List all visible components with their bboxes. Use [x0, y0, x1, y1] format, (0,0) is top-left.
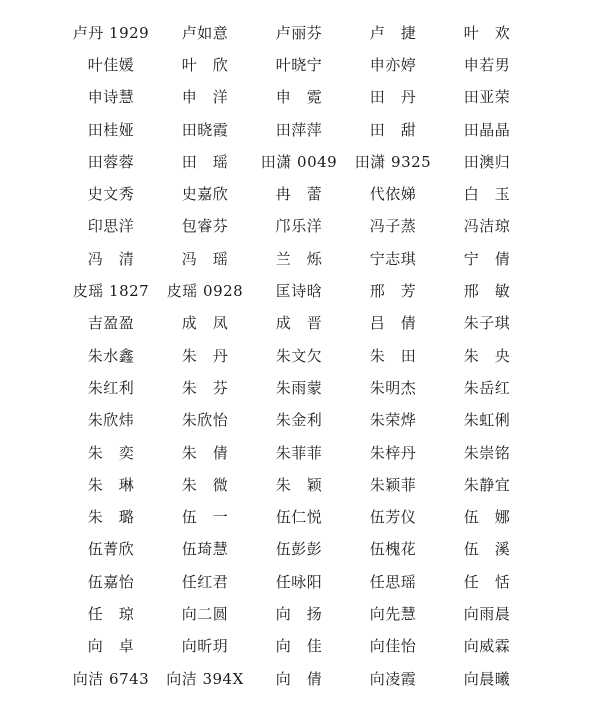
- name-cell: 成 凤: [158, 307, 252, 339]
- name-cell: 朱 奕: [64, 436, 158, 468]
- name-cell: 叶 欣: [158, 48, 252, 80]
- name-cell: 朱菲菲: [252, 436, 346, 468]
- name-cell: 申 霓: [252, 81, 346, 113]
- name-cell: 朱 倩: [158, 436, 252, 468]
- name-cell: 叶晓宁: [252, 48, 346, 80]
- name-cell: 卢丽芬: [252, 16, 346, 48]
- name-cell: 伍 一: [158, 500, 252, 532]
- name-cell: 田 甜: [346, 113, 440, 145]
- name-cell: 史嘉欣: [158, 177, 252, 209]
- name-cell: 伍仁悦: [252, 500, 346, 532]
- name-cell: 印思洋: [64, 210, 158, 242]
- name-cell: 申 洋: [158, 81, 252, 113]
- name-cell: 任红君: [158, 565, 252, 597]
- name-cell: 朱 田: [346, 339, 440, 371]
- name-cell: 向雨晨: [440, 597, 534, 629]
- name-cell: 吉盈盈: [64, 307, 158, 339]
- name-cell: 伍菁欣: [64, 533, 158, 565]
- name-cell: 卢丹 1929: [64, 16, 158, 48]
- name-cell: 叶 欢: [440, 16, 534, 48]
- name-cell: 向凌霞: [346, 662, 440, 694]
- name-cell: 卢如意: [158, 16, 252, 48]
- name-cell: 伍槐花: [346, 533, 440, 565]
- name-cell: 伍芳仪: [346, 500, 440, 532]
- name-cell: 朱欣怡: [158, 404, 252, 436]
- name-cell: 冯 瑶: [158, 242, 252, 274]
- name-cell: 朱子琪: [440, 307, 534, 339]
- name-cell: 朱 璐: [64, 500, 158, 532]
- name-cell: 向二圆: [158, 597, 252, 629]
- name-cell: 申亦婷: [346, 48, 440, 80]
- name-cell: 冉 蕾: [252, 177, 346, 209]
- name-cell: 伍嘉怡: [64, 565, 158, 597]
- name-cell: 朱颖菲: [346, 468, 440, 500]
- name-cell: 宁 倩: [440, 242, 534, 274]
- name-cell: 卢 捷: [346, 16, 440, 48]
- name-cell: 申若男: [440, 48, 534, 80]
- name-cell: 朱 微: [158, 468, 252, 500]
- name-cell: 向先慧: [346, 597, 440, 629]
- name-cell: 朱金利: [252, 404, 346, 436]
- name-cell: 兰 烁: [252, 242, 346, 274]
- name-cell: 朱岳红: [440, 371, 534, 403]
- name-cell: 朱 琳: [64, 468, 158, 500]
- name-cell: 朱 颖: [252, 468, 346, 500]
- name-cell: 宁志琪: [346, 242, 440, 274]
- name-cell: 皮瑶 1827: [64, 274, 158, 306]
- name-cell: 任思瑶: [346, 565, 440, 597]
- name-cell: 向 卓: [64, 630, 158, 662]
- name-cell: 朱静宜: [440, 468, 534, 500]
- name-cell: 白 玉: [440, 177, 534, 209]
- name-cell: 田萍萍: [252, 113, 346, 145]
- name-cell: 伍 溪: [440, 533, 534, 565]
- name-cell: 叶佳媛: [64, 48, 158, 80]
- name-cell: 向晨曦: [440, 662, 534, 694]
- name-cell: 田亚荣: [440, 81, 534, 113]
- name-cell: 冯 清: [64, 242, 158, 274]
- name-cell: 任 琼: [64, 597, 158, 629]
- name-cell: 皮瑶 0928: [158, 274, 252, 306]
- name-cell: 任咏阳: [252, 565, 346, 597]
- name-cell: 田潇 0049: [252, 145, 346, 177]
- name-cell: 向 扬: [252, 597, 346, 629]
- name-cell: 朱梓丹: [346, 436, 440, 468]
- name-cell: 冯子蒸: [346, 210, 440, 242]
- name-cell: 田 丹: [346, 81, 440, 113]
- name-list-table: 卢丹 1929卢如意卢丽芬卢 捷叶 欢叶佳媛叶 欣叶晓宁申亦婷申若男申诗慧申 洋…: [64, 16, 534, 694]
- name-cell: 伍彭彭: [252, 533, 346, 565]
- name-cell: 田桂娅: [64, 113, 158, 145]
- name-cell: 向佳怡: [346, 630, 440, 662]
- name-cell: 伍琦慧: [158, 533, 252, 565]
- name-cell: 邝乐洋: [252, 210, 346, 242]
- name-cell: 田晶晶: [440, 113, 534, 145]
- name-cell: 向昕玥: [158, 630, 252, 662]
- name-cell: 向威霖: [440, 630, 534, 662]
- name-cell: 朱明杰: [346, 371, 440, 403]
- name-cell: 向洁 394X: [158, 662, 252, 694]
- name-cell: 朱 芬: [158, 371, 252, 403]
- name-cell: 朱虹俐: [440, 404, 534, 436]
- name-cell: 冯洁琼: [440, 210, 534, 242]
- name-cell: 朱雨蒙: [252, 371, 346, 403]
- name-cell: 申诗慧: [64, 81, 158, 113]
- name-cell: 吕 倩: [346, 307, 440, 339]
- name-cell: 田澳归: [440, 145, 534, 177]
- name-cell: 包睿芬: [158, 210, 252, 242]
- name-cell: 朱 央: [440, 339, 534, 371]
- name-cell: 朱欣炜: [64, 404, 158, 436]
- name-cell: 史文秀: [64, 177, 158, 209]
- name-cell: 匡诗晗: [252, 274, 346, 306]
- name-cell: 田蓉蓉: [64, 145, 158, 177]
- name-cell: 成 晋: [252, 307, 346, 339]
- name-cell: 向 倩: [252, 662, 346, 694]
- name-cell: 向 佳: [252, 630, 346, 662]
- name-cell: 代依娣: [346, 177, 440, 209]
- name-cell: 朱文欠: [252, 339, 346, 371]
- name-cell: 田潇 9325: [346, 145, 440, 177]
- name-cell: 田 瑶: [158, 145, 252, 177]
- name-cell: 邢 芳: [346, 274, 440, 306]
- name-cell: 朱水鑫: [64, 339, 158, 371]
- name-cell: 田晓霞: [158, 113, 252, 145]
- name-cell: 朱 丹: [158, 339, 252, 371]
- name-cell: 任 恬: [440, 565, 534, 597]
- name-cell: 向洁 6743: [64, 662, 158, 694]
- name-cell: 朱荣烨: [346, 404, 440, 436]
- name-cell: 朱崇铭: [440, 436, 534, 468]
- name-cell: 朱红利: [64, 371, 158, 403]
- name-cell: 伍 娜: [440, 500, 534, 532]
- name-cell: 邢 敏: [440, 274, 534, 306]
